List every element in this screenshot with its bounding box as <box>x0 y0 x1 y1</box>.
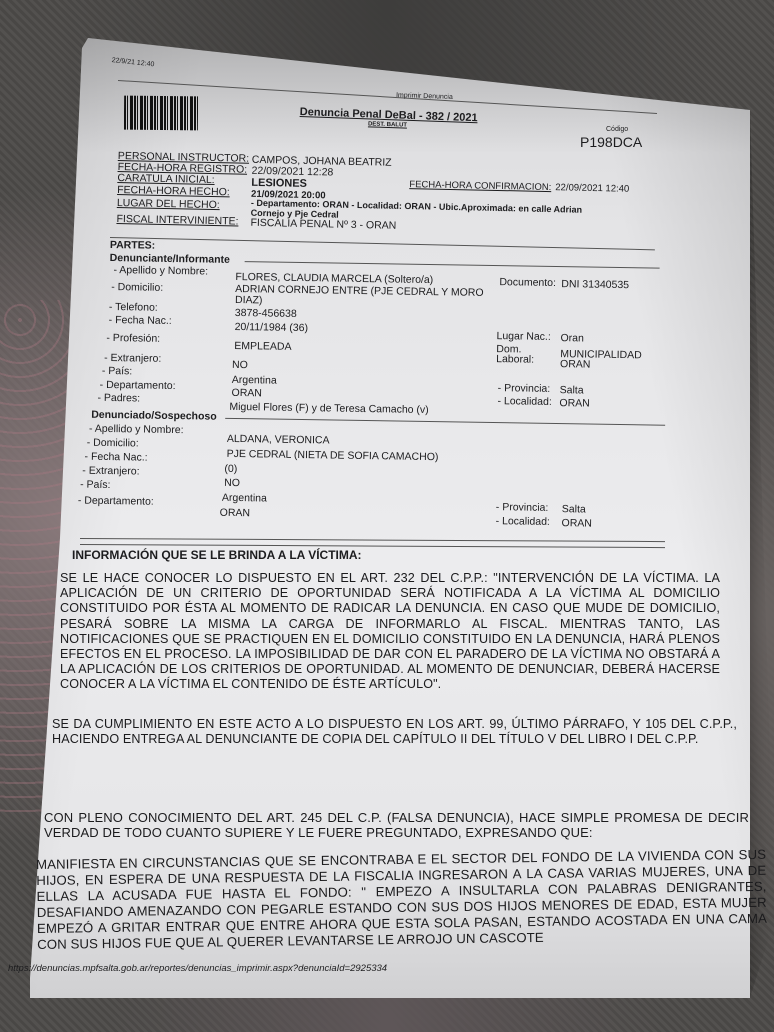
lugar-hecho-label: LUGAR DEL HECHO: <box>117 197 220 211</box>
denunciado-apellido-value: ALDANA, VERONICA <box>227 433 330 447</box>
telefono-label: - Telefono: <box>109 301 158 314</box>
code-value: P198DCA <box>580 134 642 150</box>
denunciado-localidad-label: - Localidad: <box>496 515 550 528</box>
denunciado-rule <box>225 418 665 426</box>
localidad-label: - Localidad: <box>497 395 551 408</box>
denunciado-localidad-value: ORAN <box>561 517 592 529</box>
denunciado-departamento-value: ORAN <box>220 507 251 519</box>
pais-label: - País: <box>102 365 133 377</box>
partes-section: PARTES: Denunciante/Informante - Apellid… <box>105 239 670 548</box>
info-victima-heading: INFORMACIÓN QUE SE LE BRINDA A LA VÍCTIM… <box>72 548 362 562</box>
fecha-hecho-label: FECHA-HORA HECHO: <box>117 184 230 198</box>
denunciado-domicilio-value: PJE CEDRAL (NIETA DE SOFIA CAMACHO) <box>227 448 439 463</box>
domicilio-value-line2: DIAZ) <box>235 294 263 306</box>
fecha-confirmacion-label: FECHA-HORA CONFIRMACION: <box>409 179 551 193</box>
denunciado-apellido-label: - Apellido y Nombre: <box>89 423 184 436</box>
provincia-value: Salta <box>560 384 584 396</box>
fecha-confirmacion-value: 22/09/2021 12:40 <box>555 182 629 195</box>
extranjero-label: - Extranjero: <box>104 352 161 365</box>
denunciado-provincia-value: Salta <box>562 503 586 515</box>
telefono-value: 3878-456638 <box>235 307 297 320</box>
apellido-label: - Apellido y Nombre: <box>113 264 208 277</box>
denunciado-fecha-nac-label: - Fecha Nac.: <box>84 451 147 464</box>
localidad-value: ORAN <box>559 397 590 409</box>
denunciado-domicilio-label: - Domicilio: <box>87 437 139 450</box>
document-content: 22/9/21 12:40 Imprimir Denuncia Denuncia… <box>0 0 774 1032</box>
denunciado-extranjero-value: NO <box>224 477 240 489</box>
lugar-nac-label: Lugar Nac.: <box>496 330 550 343</box>
provincia-label: - Provincia: <box>498 382 551 395</box>
documento-value: DNI 31340535 <box>561 278 629 291</box>
fecha-nac-value: 20/11/1984 (36) <box>235 321 309 334</box>
paragraph-art-232: SE LE HACE CONOCER LO DISPUESTO EN EL AR… <box>60 571 720 693</box>
extranjero-value: NO <box>232 359 248 371</box>
header-fields: PERSONAL INSTRUCTOR: CAMPOS, JOHANA BEAT… <box>116 150 658 251</box>
denunciado-heading: Denunciado/Sospechoso <box>91 409 217 423</box>
code-label: Código <box>606 126 628 133</box>
denunciado-departamento-label: - Departamento: <box>78 495 154 508</box>
partes-label: PARTES: <box>110 239 155 252</box>
footer-url: https://denuncias.mpfsalta.gob.ar/report… <box>8 963 387 974</box>
paragraph-manifiesta: MANIFIESTA EN CIRCUNSTANCIAS QUE SE ENCO… <box>36 847 767 953</box>
fiscal-label: FISCAL INTERVINIENTE: <box>116 213 238 228</box>
print-timestamp: 22/9/21 12:40 <box>111 57 154 68</box>
padres-value: Miguel Flores (F) y de Teresa Camacho (v… <box>229 401 429 416</box>
fecha-nac-label: - Fecha Nac.: <box>109 314 172 327</box>
profesion-label: - Profesión: <box>106 332 160 345</box>
denunciado-fecha-nac-value: (0) <box>224 463 237 475</box>
paragraph-art-245: CON PLENO CONOCIMIENTO DEL ART. 245 DEL … <box>44 810 749 840</box>
denunciado-extranjero-label: - Extranjero: <box>82 465 139 478</box>
denunciado-pais-value: Argentina <box>222 492 267 505</box>
paragraph-art-99: SE DA CUMPLIMIENTO EN ESTE ACTO A LO DIS… <box>52 717 737 747</box>
domicilio-label: - Domicilio: <box>111 281 163 294</box>
denunciante-rule <box>245 261 660 269</box>
barcode <box>124 96 198 131</box>
fiscal-value: FISCALIA PENAL Nº 3 - ORAN <box>250 217 396 232</box>
padres-label: - Padres: <box>97 392 140 405</box>
denunciado-pais-label: - País: <box>80 479 111 491</box>
departamento-label: - Departamento: <box>100 379 176 392</box>
departamento-value: ORAN <box>232 387 263 399</box>
dom-laboral-label-2: Laboral: <box>496 353 534 366</box>
document-subtitle: DEST. BALUT <box>368 121 407 128</box>
pais-value: Argentina <box>232 374 277 387</box>
lugar-nac-value: Oran <box>560 332 584 344</box>
documento-label: Documento: <box>499 276 556 289</box>
profesion-value: EMPLEADA <box>234 340 291 353</box>
domicilio-value-line1: ADRIAN CORNEJO ENTRE (PJE CEDRAL Y MORO <box>235 283 484 299</box>
dom-laboral-value-line2: ORAN <box>560 358 591 370</box>
denunciado-provincia-label: - Provincia: <box>496 501 549 514</box>
print-header: Imprimir Denuncia <box>396 92 453 101</box>
